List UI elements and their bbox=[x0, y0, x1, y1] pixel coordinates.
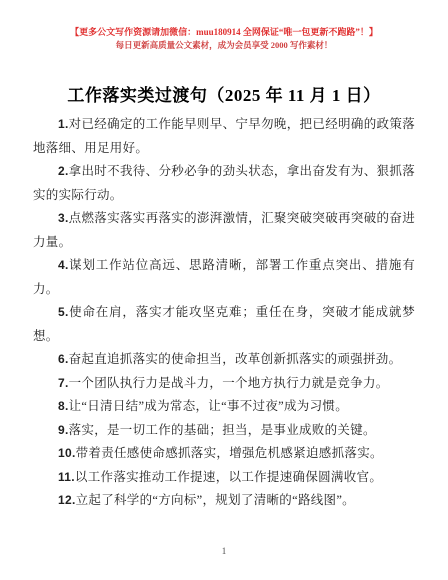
item-number: 12. bbox=[58, 493, 76, 507]
item-text: 拿出时不我待、分秒必争的劲头状态，拿出奋发有为、狠抓落实的实际行动。 bbox=[33, 164, 415, 202]
item-text: 落实，是一切工作的基础；担当，是事业成败的关键。 bbox=[69, 423, 376, 437]
item-number: 3. bbox=[58, 211, 69, 225]
transition-sentence-item: 6.奋起直追抓落实的使命担当，改革创新抓落实的顽强拼劲。 bbox=[33, 348, 415, 372]
page-number-footer: 1 bbox=[0, 546, 448, 556]
transition-sentence-item: 3.点燃落实落实再落实的澎湃激情，汇聚突破突破再突破的奋进力量。 bbox=[33, 207, 415, 254]
item-number: 4. bbox=[58, 258, 69, 272]
item-number: 7. bbox=[58, 376, 69, 390]
transition-sentence-item: 10.带着责任感使命感抓落实，增强危机感紧迫感抓落实。 bbox=[33, 442, 415, 466]
item-text: 谋划工作站位高远、思路清晰，部署工作重点突出、措施有力。 bbox=[33, 258, 415, 296]
promo-line-2: 每日更新高质量公文素材，成为会员享受 2000 写作素材！ bbox=[33, 39, 415, 51]
item-text: 奋起直追抓落实的使命担当，改革创新抓落实的顽强拼劲。 bbox=[69, 352, 402, 366]
item-text: 带着责任感使命感抓落实，增强危机感紧迫感抓落实。 bbox=[76, 446, 383, 460]
transition-sentence-item: 5.使命在肩，落实才能攻坚克难；重任在身，突破才能成就梦想。 bbox=[33, 301, 415, 348]
document-body: 1.对已经确定的工作能早则早、宁早勿晚，把已经明确的政策落地落细、用足用好。 2… bbox=[33, 113, 415, 513]
item-text: 以工作落实推动工作提速，以工作提速确保圆满收官。 bbox=[75, 470, 382, 484]
page-title: 工作落实类过渡句（2025 年 11 月 1 日） bbox=[33, 84, 415, 108]
item-text: 立起了科学的“方向标”，规划了清晰的“路线图”。 bbox=[76, 493, 355, 507]
promo-header: 【更多公文写作资源请加微信：muu180914 全网保证“唯一包更新不跑路”！】… bbox=[33, 26, 415, 51]
item-number: 6. bbox=[58, 352, 69, 366]
transition-sentence-item: 9.落实，是一切工作的基础；担当，是事业成败的关键。 bbox=[33, 419, 415, 443]
transition-sentence-item: 11.以工作落实推动工作提速，以工作提速确保圆满收官。 bbox=[33, 466, 415, 490]
item-number: 2. bbox=[58, 164, 69, 178]
item-text: 一个团队执行力是战斗力，一个地方执行力就是竞争力。 bbox=[69, 376, 389, 390]
item-number: 9. bbox=[58, 423, 69, 437]
item-text: 使命在肩，落实才能攻坚克难；重任在身，突破才能成就梦想。 bbox=[33, 305, 415, 343]
item-number: 1. bbox=[58, 117, 69, 131]
transition-sentence-item: 7.一个团队执行力是战斗力，一个地方执行力就是竞争力。 bbox=[33, 372, 415, 396]
item-number: 10. bbox=[58, 446, 76, 460]
document-page: 【更多公文写作资源请加微信：muu180914 全网保证“唯一包更新不跑路”！】… bbox=[0, 0, 448, 580]
item-number: 8. bbox=[58, 399, 69, 413]
transition-sentence-item: 1.对已经确定的工作能早则早、宁早勿晚，把已经明确的政策落地落细、用足用好。 bbox=[33, 113, 415, 160]
transition-sentence-item: 2.拿出时不我待、分秒必争的劲头状态，拿出奋发有为、狠抓落实的实际行动。 bbox=[33, 160, 415, 207]
item-text: 点燃落实落实再落实的澎湃激情，汇聚突破突破再突破的奋进力量。 bbox=[33, 211, 415, 249]
transition-sentence-item: 4.谋划工作站位高远、思路清晰，部署工作重点突出、措施有力。 bbox=[33, 254, 415, 301]
transition-sentence-item: 12.立起了科学的“方向标”，规划了清晰的“路线图”。 bbox=[33, 489, 415, 513]
transition-sentence-item: 8.让“日清日结”成为常态，让“事不过夜”成为习惯。 bbox=[33, 395, 415, 419]
item-text: 让“日清日结”成为常态，让“事不过夜”成为习惯。 bbox=[69, 399, 348, 413]
item-text: 对已经确定的工作能早则早、宁早勿晚，把已经明确的政策落地落细、用足用好。 bbox=[33, 117, 415, 155]
item-number: 11. bbox=[58, 470, 75, 484]
promo-line-1: 【更多公文写作资源请加微信：muu180914 全网保证“唯一包更新不跑路”！】 bbox=[33, 26, 415, 39]
item-number: 5. bbox=[58, 305, 69, 319]
